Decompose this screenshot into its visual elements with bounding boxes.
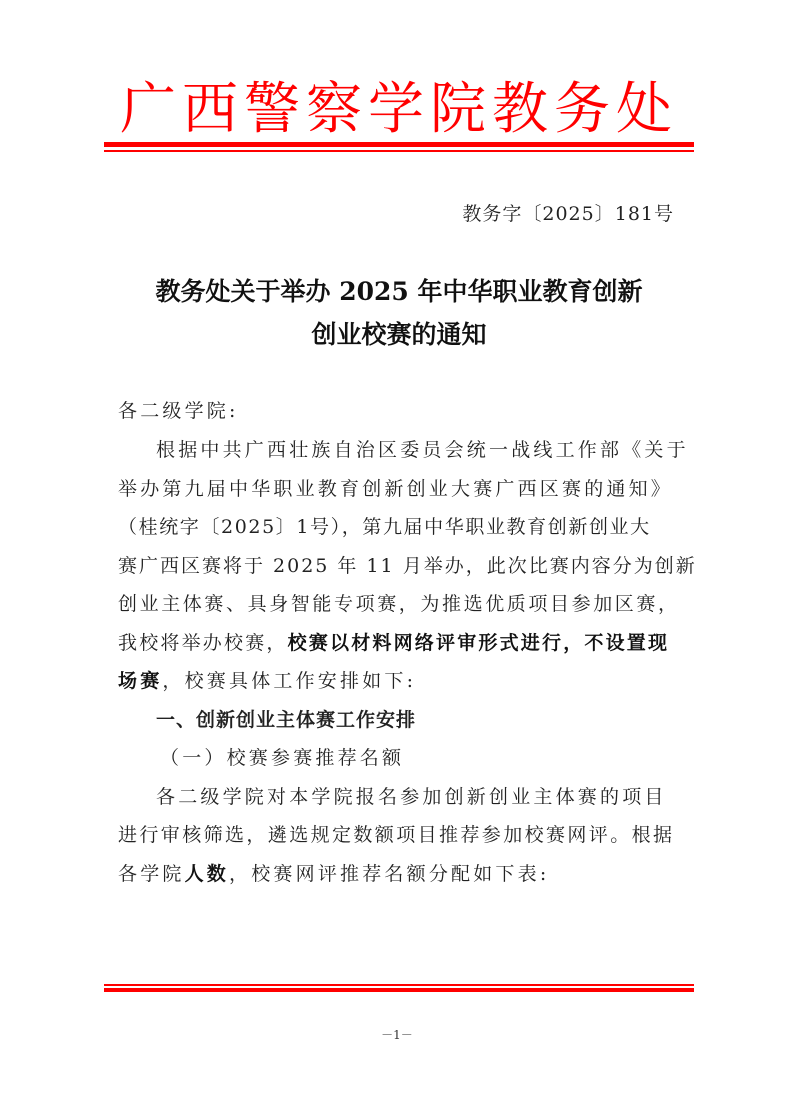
footer-rule-thin	[104, 984, 694, 986]
subsection-1-heading: （一）校赛参赛推荐名额	[160, 744, 720, 772]
paragraph-1-line-1: 根据中共广西壮族自治区委员会统一战线工作部《关于	[156, 436, 678, 464]
paragraph-1-line-6: 我校将举办校赛，校赛以材料网络评审形式进行，不设置现	[118, 629, 678, 657]
paragraph-2-line-1: 各二级学院对本学院报名参加创新创业主体赛的项目	[156, 783, 678, 811]
emphasis-review-format: 校赛以材料网络评审形式进行，不设置现	[288, 632, 670, 654]
paragraph-1-line-7-plain: ，校赛具体工作安排如下:	[162, 670, 416, 692]
paragraph-2-line-3-a: 各学院	[118, 863, 185, 885]
paragraph-1-line-7: 场赛，校赛具体工作安排如下:	[118, 667, 678, 695]
document-title-line-2: 创业校赛的通知	[104, 315, 694, 355]
masthead-title: 广西警察学院教务处	[104, 78, 694, 142]
document-title-line-1: 教务处关于举办 2025 年中华职业教育创新	[104, 272, 694, 312]
document-number: 教务字〔2025〕181号	[462, 200, 674, 228]
paragraph-2-line-3: 各学院人数，校赛网评推荐名额分配如下表:	[118, 860, 678, 888]
paragraph-1-line-3: （桂统字〔2025〕1号），第九届中华职业教育创新创业大	[118, 513, 678, 541]
paragraph-1-line-6-plain: 我校将举办校赛，	[118, 632, 288, 654]
paragraph-2-line-3-b: ，校赛网评推荐名额分配如下表:	[229, 863, 549, 885]
emphasis-headcount: 人数	[185, 863, 229, 885]
emphasis-onsite: 场赛	[118, 670, 162, 692]
paragraph-1-line-4: 赛广西区赛将于 2025 年 11 月举办，此次比赛内容分为创新	[118, 552, 678, 580]
paragraph-2-line-2: 进行审核筛选，遴选规定数额项目推荐参加校赛网评。根据	[118, 821, 678, 849]
salutation: 各二级学院:	[118, 397, 678, 425]
page-number: －1－	[0, 1026, 794, 1043]
header-rule-thin	[104, 150, 694, 152]
paragraph-1-line-2: 举办第九届中华职业教育创新创业大赛广西区赛的通知》	[118, 475, 678, 503]
header-rule-thick	[104, 142, 694, 147]
footer-rule-thick	[104, 988, 694, 992]
paragraph-1-line-5: 创业主体赛、具身智能专项赛，为推选优质项目参加区赛，	[118, 590, 678, 618]
section-1-heading: 一、创新创业主体赛工作安排	[156, 706, 716, 734]
